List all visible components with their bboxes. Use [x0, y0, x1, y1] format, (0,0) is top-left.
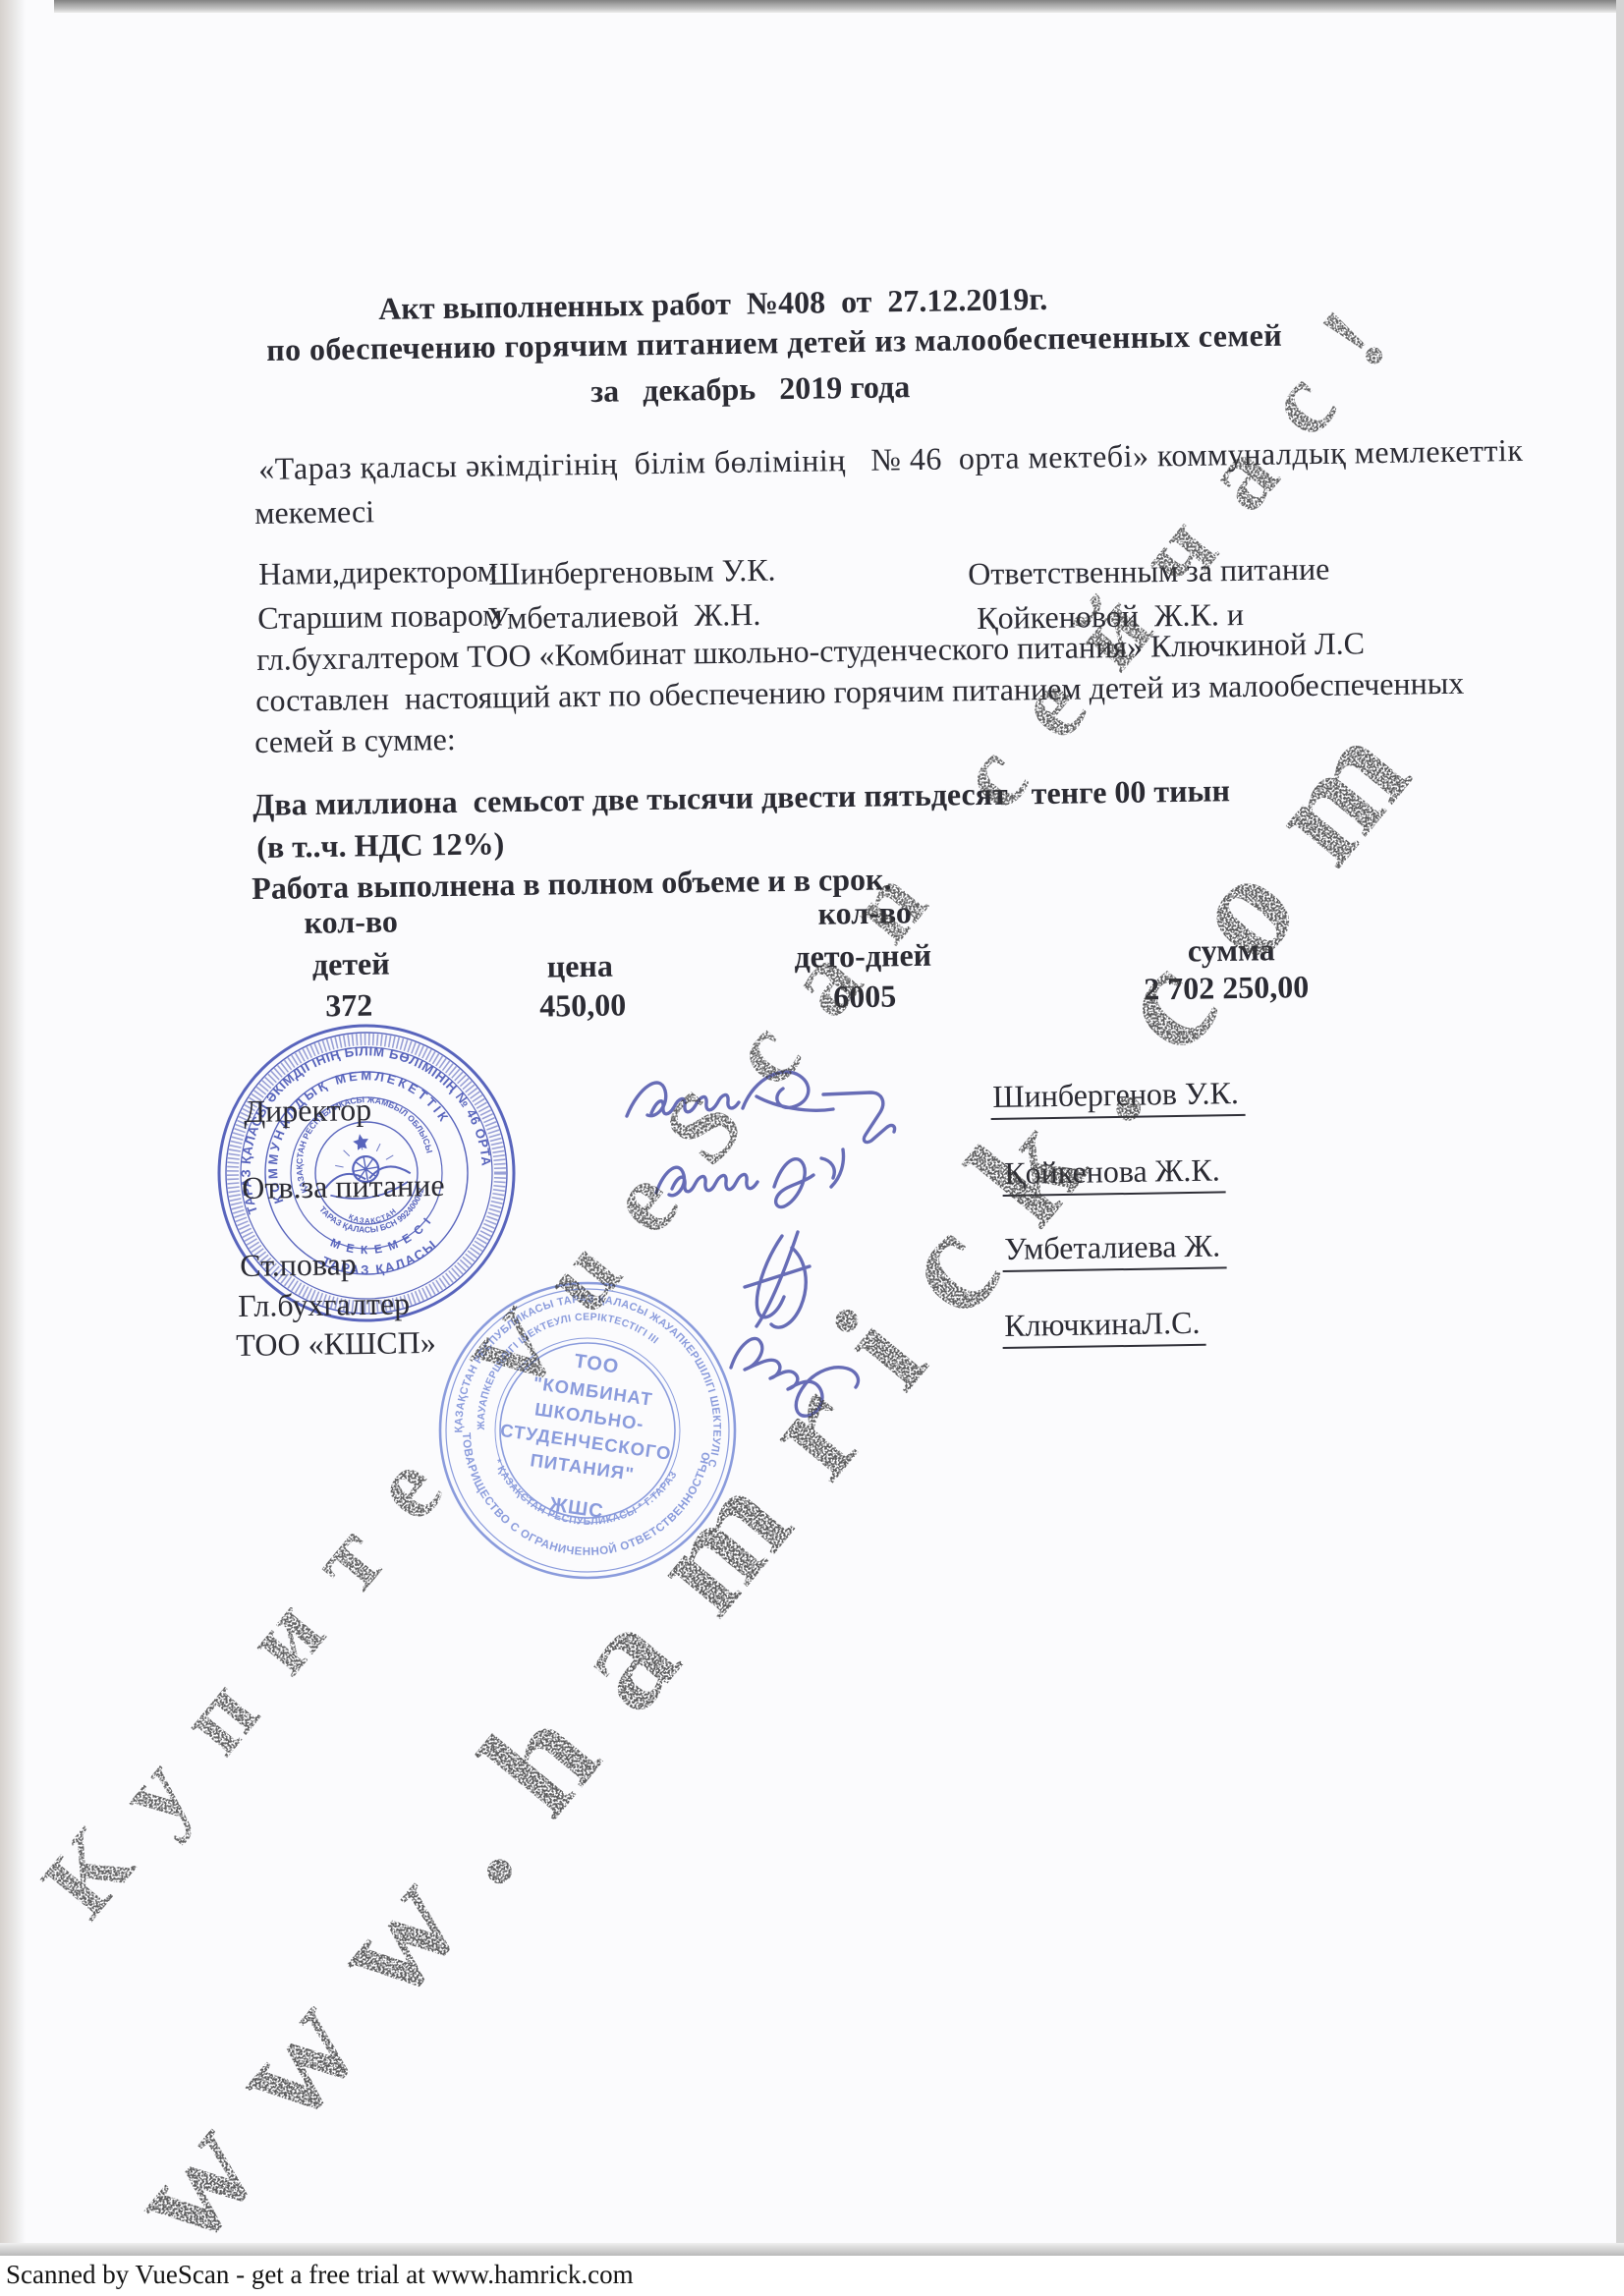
- vuescan-footer-bar: Scanned by VueScan - get a free trial at…: [0, 2256, 1624, 2296]
- intro-row1-right: Ответственным за питание: [968, 551, 1330, 592]
- sign-name-nutrition: Қойкенова Ж.К.: [1002, 1151, 1226, 1197]
- scanner-credit-text: Scanned by VueScan - get a free trial at…: [6, 2260, 634, 2290]
- sign-label-nutrition: Отв.за питание: [242, 1167, 445, 1206]
- table-col3-value: 6005: [796, 978, 934, 1016]
- intro-row1-role: Нами,директором: [258, 552, 497, 591]
- sign-label-director: Директор: [244, 1092, 371, 1130]
- table-col3-header2: дето-дней: [779, 936, 947, 976]
- amount-done-line: Работа выполнена в полном объеме и в сро…: [252, 861, 892, 906]
- signature-accountant-stroke: [731, 1338, 858, 1416]
- table-col4-header: сумма: [1157, 931, 1306, 970]
- doc-title-line1: Акт выполненных работ №408 от 27.12.2019…: [378, 281, 1048, 327]
- table-col1-value: 372: [285, 986, 414, 1025]
- sign-name-accountant: КлючкинаЛ.С.: [1002, 1305, 1206, 1349]
- signature-director-stroke: [627, 1072, 895, 1143]
- table-col1-header2: детей: [287, 945, 416, 983]
- table-col3-header1: кол-во: [798, 894, 932, 932]
- sign-name-director: Шинбергенов У.К.: [990, 1075, 1245, 1120]
- scan-bottom-edge-shadow: [0, 2243, 1624, 2256]
- scan-left-edge-shadow: [0, 0, 26, 2256]
- catering-round-stamp: ҚАЗАҚСТАН РЕСПУБЛИКАСЫ ТАРАЗ ҚАЛАСЫ ЖАУА…: [430, 1275, 749, 1594]
- table-col1-header1: кол-во: [292, 903, 411, 941]
- table-col4-value: 2 702 250,00: [1108, 968, 1345, 1008]
- stamp-catering-center-line1: ТОО: [573, 1351, 620, 1378]
- signature-chef-stroke: [745, 1232, 810, 1327]
- doc-title-line3: за декабрь 2019 года: [590, 368, 910, 410]
- org-name-line1: «Тараз қаласы әкімдігінің білім бөліміні…: [258, 432, 1524, 487]
- signature-nutrition-stroke: [656, 1149, 844, 1207]
- sign-label-company: ТОО «КШСП»: [236, 1324, 436, 1364]
- org-name-line2: мекемесі: [254, 493, 374, 532]
- intro-row2-name: Умбеталиевой Ж.Н.: [487, 596, 761, 637]
- sign-label-accountant: Гл.бухгалтер: [238, 1285, 410, 1323]
- scan-top-edge-shadow: [54, 0, 1624, 13]
- scan-right-edge-shadow: [1616, 0, 1624, 2256]
- scanned-document-page: ТАРАЗ ҚАЛАСЫ ӘКІМДІГІНІҢ БІЛІМ БӨЛІМІНІҢ…: [0, 0, 1624, 2296]
- intro-row2-role: Старшим поваром: [257, 596, 503, 636]
- intro-line5: семей в сумме:: [254, 721, 456, 760]
- amount-vat-line: (в т..ч. НДС 12%): [256, 825, 504, 866]
- table-col2-value: 450,00: [519, 986, 647, 1025]
- intro-row1-name: Шинбергеновым У.К.: [488, 552, 776, 592]
- amount-words-line: Два миллиона семьсот две тысячи двести п…: [252, 772, 1230, 823]
- sign-label-chef: Ст.повар: [240, 1246, 357, 1284]
- table-col2-header: цена: [519, 947, 642, 985]
- sign-name-chef: Умбеталиева Ж.: [1002, 1227, 1227, 1272]
